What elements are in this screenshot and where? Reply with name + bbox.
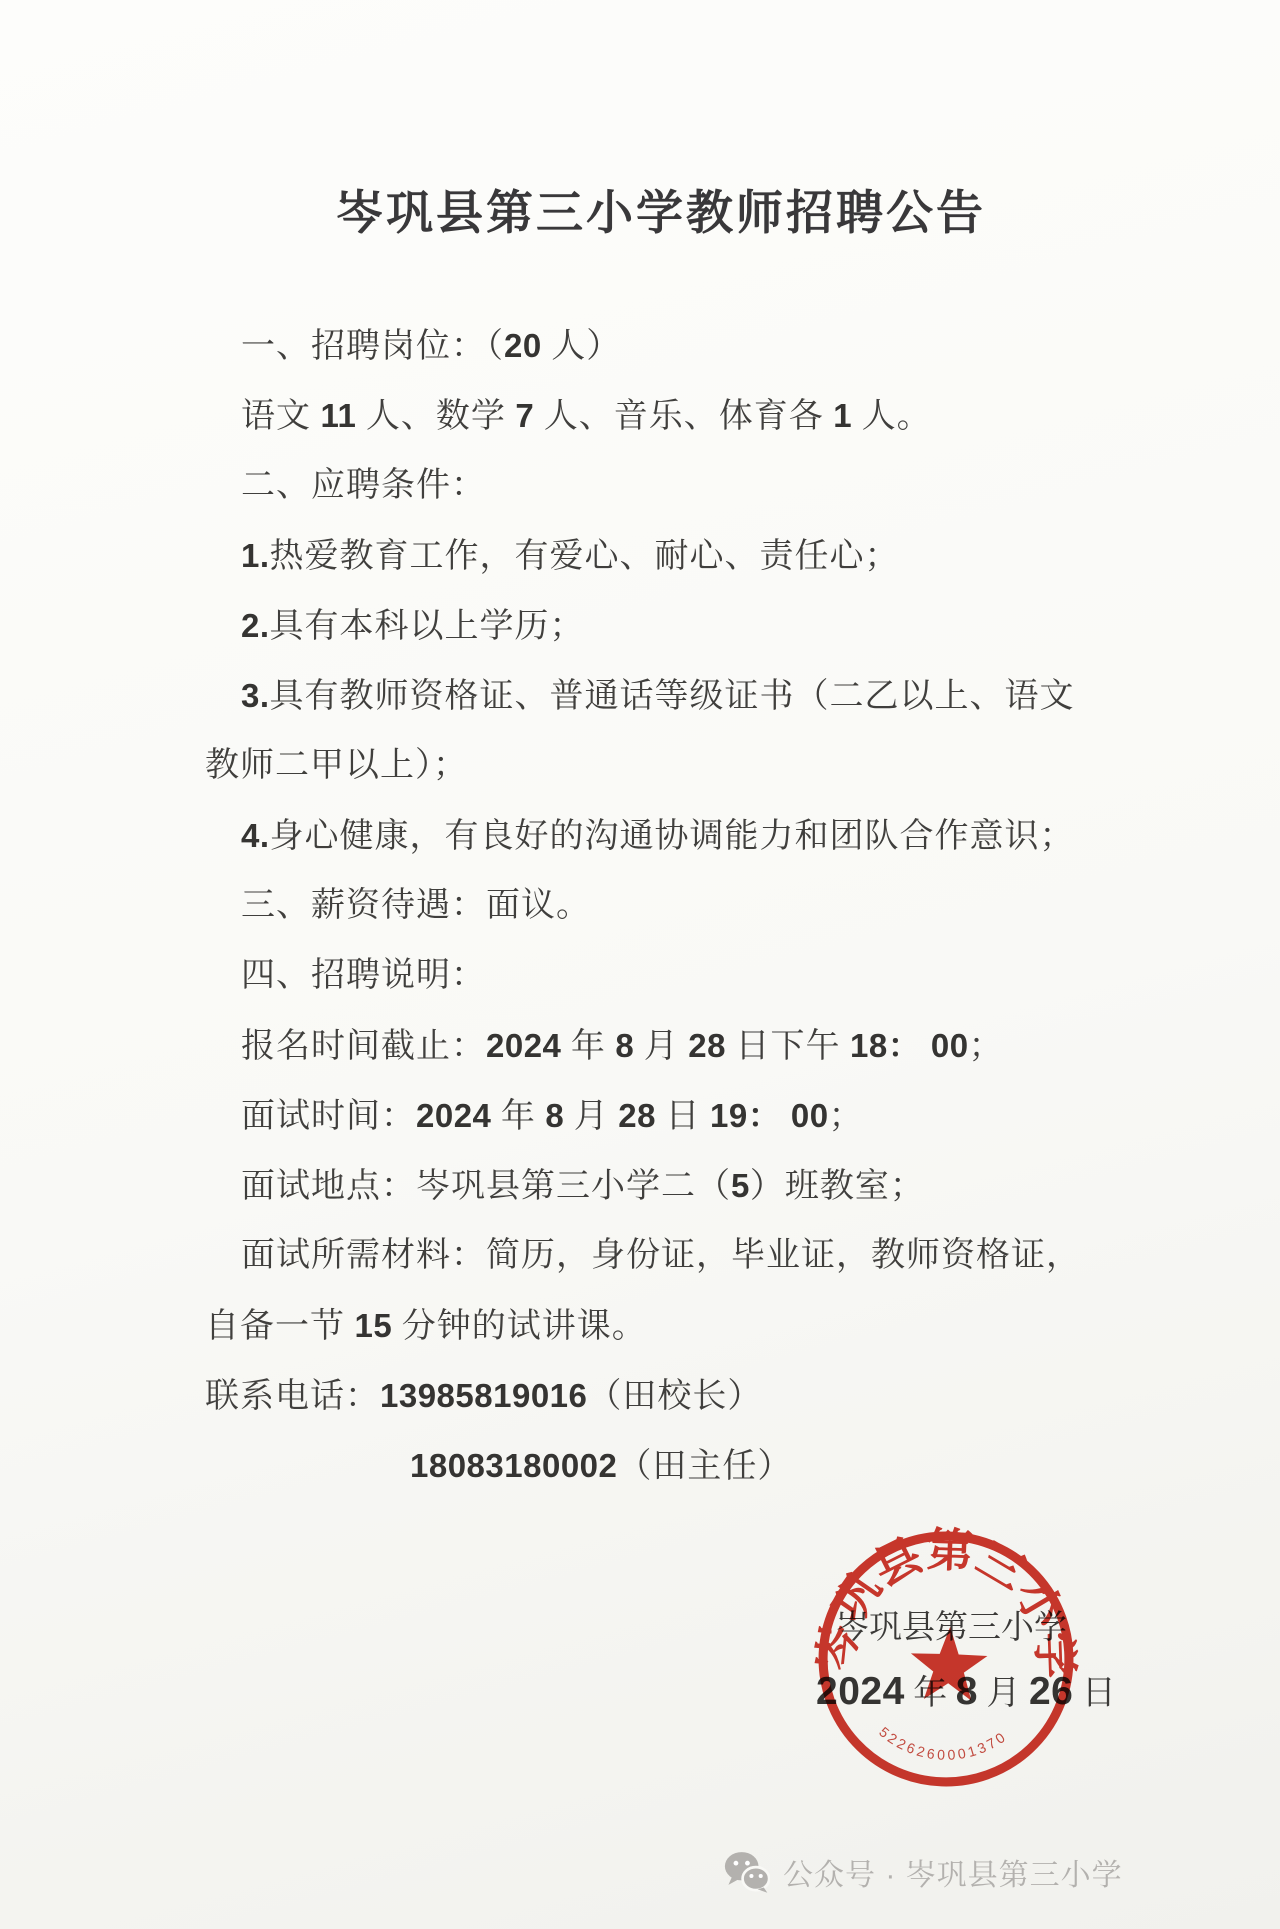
- body-line: 联系电话：13985819016（田校长）: [205, 1361, 1105, 1431]
- text-segment: 报名时间截止：: [241, 1028, 486, 1065]
- number-segment: 2024: [486, 1027, 561, 1064]
- body-line: 面试地点：岑巩县第三小学二（5）班教室；: [205, 1151, 1105, 1221]
- wechat-icon: [724, 1851, 770, 1893]
- text-segment: 年: [561, 1028, 615, 1065]
- body-line: 三、薪资待遇：面议。: [205, 871, 1105, 941]
- text-segment: 身心健康，有良好的沟通协调能力和团队合作意识；: [270, 818, 1075, 855]
- text-segment: 人）: [542, 328, 622, 365]
- scanned-announcement-page: { "title": "岑巩县第三小学教师招聘公告", "paragraphs"…: [0, 0, 1280, 1929]
- text-segment: 具有本科以上学历；: [270, 608, 585, 645]
- number-segment: 15: [355, 1307, 393, 1344]
- number-segment: 19： 00: [710, 1097, 829, 1134]
- text-segment: 面试地点：岑巩县第三小学二（: [241, 1168, 731, 1205]
- text-segment: 一、招聘岗位：（: [241, 328, 504, 365]
- text-segment: 人、数学: [356, 398, 515, 435]
- body-line: 一、招聘岗位：（20 人）: [205, 311, 1105, 381]
- text-segment: 二、应聘条件：: [241, 467, 486, 504]
- announcement-body: 一、招聘岗位：（20 人）语文 11 人、数学 7 人、音乐、体育各 1 人。二…: [205, 311, 1105, 1501]
- text-segment: （田校长）: [587, 1378, 762, 1415]
- text-segment: （田主任）: [617, 1448, 792, 1485]
- number-segment: 1.: [241, 537, 270, 574]
- seal-serial-number: 5226260001370: [875, 1723, 1010, 1765]
- body-line: 面试时间：2024 年 8 月 28 日 19： 00；: [205, 1081, 1105, 1151]
- number-segment: 2.: [241, 607, 270, 644]
- number-segment: 28: [618, 1097, 656, 1134]
- body-line: 1.热爱教育工作，有爱心、耐心、责任心；: [205, 521, 1105, 591]
- text-segment: 语文: [241, 398, 321, 435]
- body-line: 2.具有本科以上学历；: [205, 591, 1105, 661]
- text-segment: 具有教师资格证、普通话等级证书（二乙以上、语文: [270, 678, 1075, 715]
- number-segment: 18： 00: [850, 1027, 969, 1064]
- text-segment: 年: [491, 1098, 545, 1135]
- text-segment: ）班教室；: [750, 1168, 925, 1205]
- number-segment: 8: [615, 1027, 634, 1064]
- number-segment: 28: [688, 1027, 726, 1064]
- page-title: 岑巩县第三小学教师招聘公告: [336, 176, 986, 243]
- text-segment: 分钟的试讲课。: [392, 1308, 647, 1345]
- text-segment: 日: [1073, 1675, 1116, 1712]
- official-seal: 岑巩县第三小学 5226260001370: [807, 1520, 1084, 1797]
- number-segment: 5: [731, 1167, 750, 1204]
- number-segment: 3.: [241, 677, 270, 714]
- text-segment: 月: [564, 1098, 618, 1135]
- number-segment: 8: [545, 1097, 564, 1134]
- body-line: 面试所需材料：简历，身份证，毕业证，教师资格证，: [205, 1221, 1105, 1291]
- number-segment: 11: [321, 397, 357, 434]
- text-segment: 日下午: [726, 1028, 850, 1065]
- text-segment: 面试时间：: [241, 1098, 416, 1135]
- body-line: 四、招聘说明：: [205, 941, 1105, 1011]
- text-segment: ；: [829, 1098, 864, 1135]
- text-segment: 三、薪资待遇：面议。: [241, 887, 591, 924]
- body-line: 二、应聘条件：: [205, 451, 1105, 521]
- text-segment: 教师二甲以上）；: [205, 747, 468, 784]
- number-segment: 20: [504, 327, 542, 364]
- number-segment: 18083180002: [410, 1447, 617, 1484]
- text-segment: ；: [969, 1028, 1004, 1065]
- body-line: 自备一节 15 分钟的试讲课。: [205, 1291, 1105, 1361]
- footer-account-label: 公众号 · 岑巩县第三小学: [783, 1850, 1123, 1894]
- body-line: 4.身心健康，有良好的沟通协调能力和团队合作意识；: [205, 801, 1105, 871]
- body-line: 教师二甲以上）；: [205, 731, 1105, 801]
- text-segment: 四、招聘说明：: [241, 957, 486, 994]
- body-line: 报名时间截止：2024 年 8 月 28 日下午 18： 00；: [205, 1011, 1105, 1081]
- text-segment: 人、音乐、体育各: [534, 398, 833, 435]
- seal-star: [909, 1626, 988, 1702]
- body-line: 3.具有教师资格证、普通话等级证书（二乙以上、语文: [205, 661, 1105, 731]
- number-segment: 1: [833, 397, 852, 434]
- body-line: 语文 11 人、数学 7 人、音乐、体育各 1 人。: [205, 381, 1105, 451]
- text-segment: 热爱教育工作，有爱心、耐心、责任心；: [270, 538, 900, 575]
- text-segment: 面试所需材料：简历，身份证，毕业证，教师资格证，: [241, 1237, 1081, 1274]
- text-segment: 日: [656, 1098, 710, 1135]
- text-segment: 月: [634, 1028, 688, 1065]
- number-segment: 2024: [416, 1097, 491, 1134]
- text-segment: 联系电话：: [205, 1378, 380, 1415]
- wechat-footer: 公众号 · 岑巩县第三小学: [724, 1850, 1123, 1894]
- number-segment: 7: [515, 397, 534, 434]
- text-segment: 人。: [852, 398, 932, 435]
- number-segment: 13985819016: [380, 1377, 587, 1414]
- number-segment: 4.: [241, 817, 270, 854]
- body-line: 18083180002（田主任）: [205, 1431, 1105, 1501]
- text-segment: 自备一节: [205, 1308, 355, 1345]
